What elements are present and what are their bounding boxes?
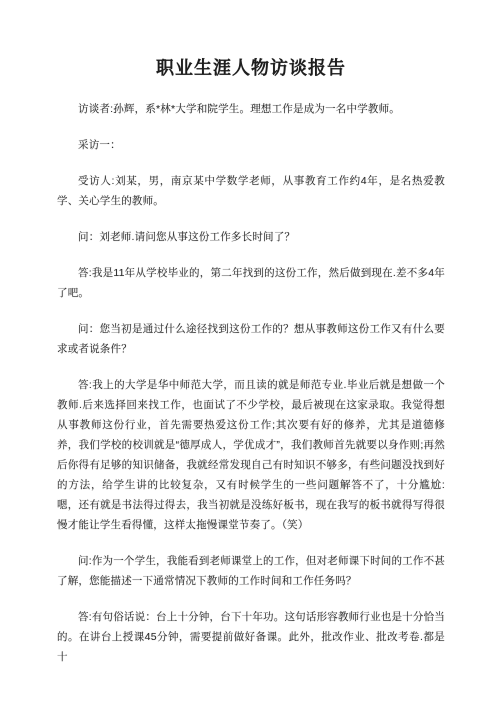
qa-block-2: 问：您当初是通过什么途径找到这份工作的？想从事教师这份工作又有什么要求或者说条件…	[57, 319, 445, 535]
answer-1: 答:我是11年从学校毕业的，第二年找到的这份工作，然后做到现在.差不多4年了吧。	[57, 263, 445, 303]
interviewee-line: 受访人:刘某，男，南京某中学数学老师，从事教育工作约4年，是名热爱教学、关心学生…	[57, 171, 445, 211]
document-page: 职业生涯人物访谈报告 访谈者:孙辉，系*林*大学和院学生。理想工作是成为一名中学…	[0, 0, 500, 707]
section-label: 采访一：	[57, 135, 445, 155]
document-title: 职业生涯人物访谈报告	[57, 54, 445, 83]
question-1: 问：刘老师.请问您从事这份工作多长时间了？	[57, 227, 445, 247]
question-3: 问:作为一个学生，我能看到老师课堂上的工作，但对老师课下时间的工作不甚了解，您能…	[57, 551, 445, 591]
qa-block-1: 问：刘老师.请问您从事这份工作多长时间了？ 答:我是11年从学校毕业的，第二年找…	[57, 227, 445, 303]
answer-2: 答:我上的大学是华中师范大学，而且读的就是师范专业.毕业后就是想做一个教师.后来…	[57, 375, 445, 535]
answer-3: 答:有句俗话说：台上十分钟，台下十年功。这句话形容教师行业也是十分恰当的。在讲台…	[57, 607, 445, 667]
qa-block-3: 问:作为一个学生，我能看到老师课堂上的工作，但对老师课下时间的工作不甚了解，您能…	[57, 551, 445, 667]
question-2: 问：您当初是通过什么途径找到这份工作的？想从事教师这份工作又有什么要求或者说条件…	[57, 319, 445, 359]
interviewer-line: 访谈者:孙辉，系*林*大学和院学生。理想工作是成为一名中学教师。	[57, 99, 445, 119]
